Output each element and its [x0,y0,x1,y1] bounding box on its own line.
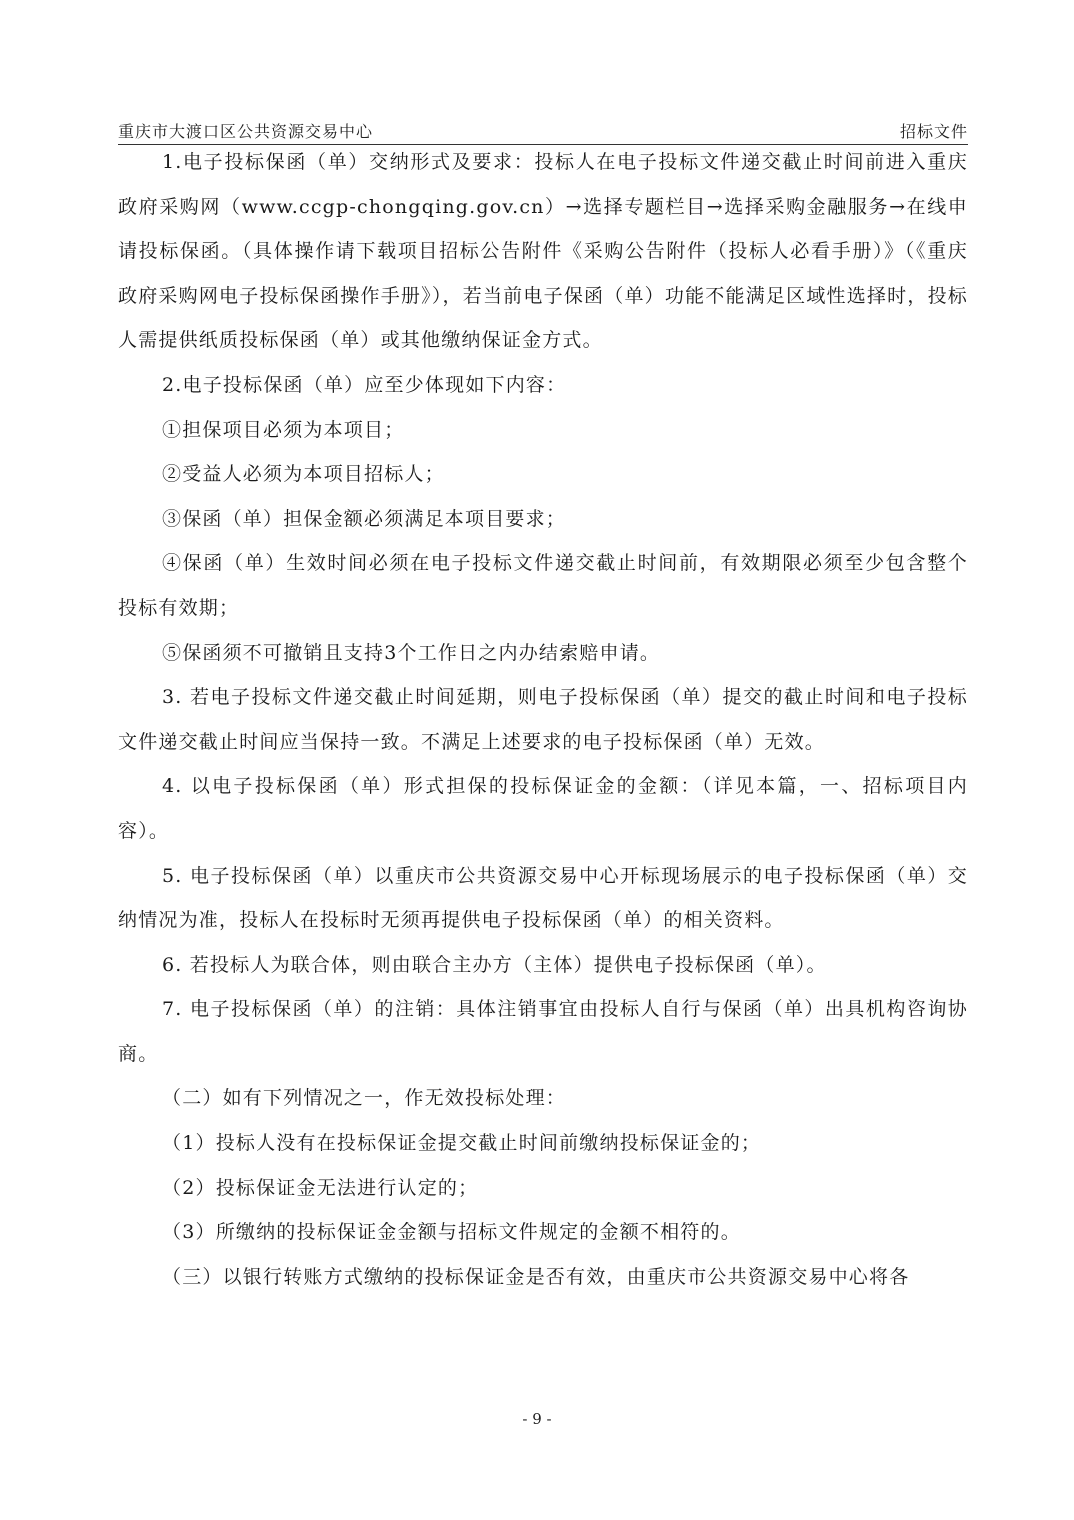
paragraph-consortium: 6. 若投标人为联合体，则由联合主办方（主体）提供电子投标保函（单）。 [118,943,968,988]
paragraph-guarantee-display: 5. 电子投标保函（单）以重庆市公共资源交易中心开标现场展示的电子投标保函（单）… [118,854,968,943]
paragraph-cancellation: 7. 电子投标保函（单）的注销：具体注销事宜由投标人自行与保函（单）出具机构咨询… [118,987,968,1076]
section-invalid-bid: （二）如有下列情况之一，作无效投标处理： [118,1076,968,1121]
paragraph-guarantee-content: 2.电子投标保函（单）应至少体现如下内容： [118,363,968,408]
paragraph-guarantee-amount: 4. 以电子投标保函（单）形式担保的投标保证金的金额：（详见本篇，一、招标项目内… [118,764,968,853]
header-organization: 重庆市大渡口区公共资源交易中心 [118,119,373,142]
list-item-1: ①担保项目必须为本项目； [118,408,968,453]
invalid-item-2: （2）投标保证金无法进行认定的； [118,1166,968,1211]
paragraph-guarantee-form: 1.电子投标保函（单）交纳形式及要求：投标人在电子投标文件递交截止时间前进入重庆… [118,140,968,363]
header-document-type: 招标文件 [900,119,968,142]
page-number: - 9 - [0,1410,1074,1428]
list-item-4: ④保函（单）生效时间必须在电子投标文件递交截止时间前，有效期限必须至少包含整个投… [118,541,968,630]
document-body: 1.电子投标保函（单）交纳形式及要求：投标人在电子投标文件递交截止时间前进入重庆… [118,140,968,1299]
paragraph-deadline-extension: 3. 若电子投标文件递交截止时间延期，则电子投标保函（单）提交的截止时间和电子投… [118,675,968,764]
list-item-2: ②受益人必须为本项目招标人； [118,452,968,497]
invalid-item-1: （1）投标人没有在投标保证金提交截止时间前缴纳投标保证金的； [118,1121,968,1166]
section-bank-transfer: （三）以银行转账方式缴纳的投标保证金是否有效，由重庆市公共资源交易中心将各 [118,1255,968,1300]
list-item-3: ③保函（单）担保金额必须满足本项目要求； [118,497,968,542]
page-header: 重庆市大渡口区公共资源交易中心 招标文件 [118,116,968,142]
list-item-5: ⑤保函须不可撤销且支持3个工作日之内办结索赔申请。 [118,631,968,676]
invalid-item-3: （3）所缴纳的投标保证金金额与招标文件规定的金额不相符的。 [118,1210,968,1255]
